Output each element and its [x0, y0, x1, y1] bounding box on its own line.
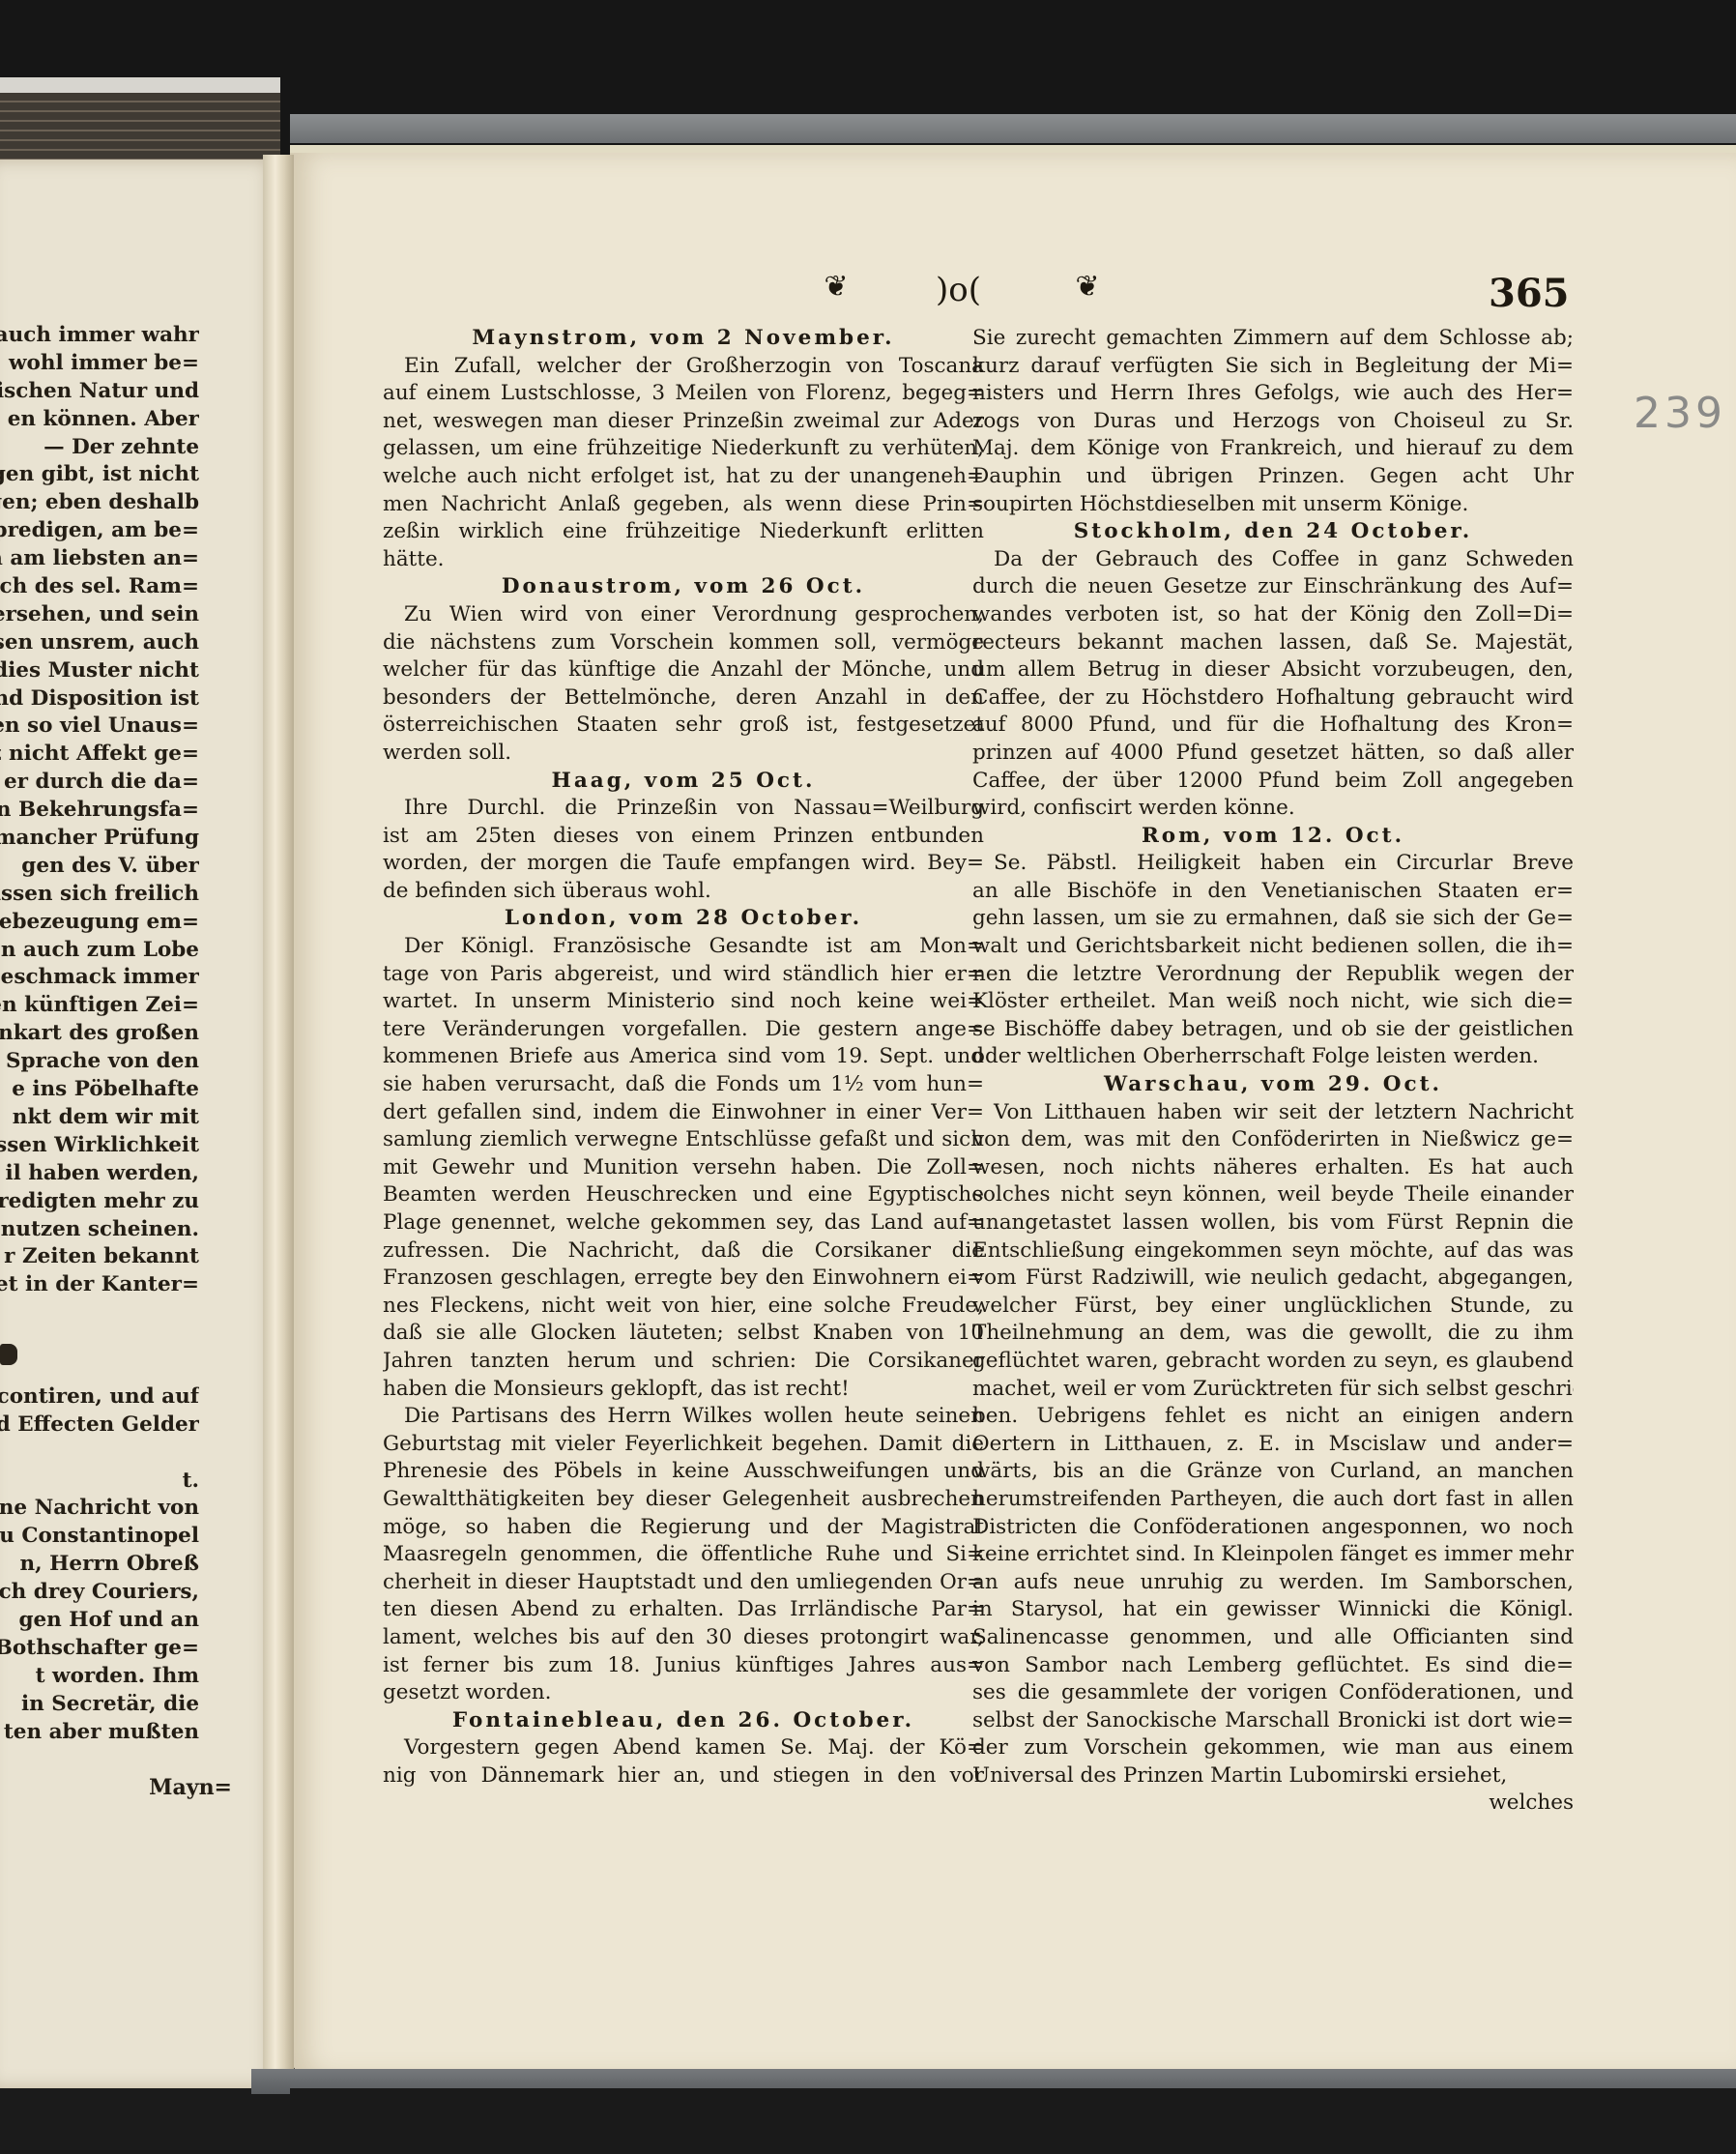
text-line: wandes verboten ist, so hat der König de…	[972, 601, 1574, 629]
text-line: um allem Betrug in dieser Absicht vorzub…	[972, 656, 1574, 684]
text-line: t worden. Ihm	[0, 1663, 199, 1691]
text-line: nutzen scheinen.	[0, 1216, 199, 1244]
text-line: auf 8000 Pfund, und für die Hofhaltung d…	[972, 712, 1574, 740]
book-gutter	[263, 155, 294, 2079]
text-line: nisters und Herrn Ihres Gefolgs, wie auc…	[972, 380, 1574, 408]
text-line: welcher Fürst, bey einer unglücklichen S…	[972, 1293, 1574, 1321]
text-line: selbst der Sanockische Marschall Bronick…	[972, 1707, 1574, 1735]
page-number: 365	[1489, 271, 1570, 316]
text-line: er durch die da=	[0, 769, 199, 797]
text-line: auch immer wahr	[0, 322, 199, 350]
text-line: Sprache von den	[0, 1048, 199, 1076]
text-line: an aufs neue unruhig zu werden. Im Sambo…	[972, 1569, 1574, 1597]
text-line: gen des V. über	[0, 853, 199, 881]
text-line: walt und Gerichtsbarkeit nicht bedienen …	[972, 933, 1574, 961]
text-line: rnkart des großen	[0, 1020, 199, 1048]
text-line: men Nachricht Anlaß gegeben, als wenn di…	[383, 491, 984, 519]
text-line: recteurs bekannt machen lassen, daß Se. …	[972, 629, 1574, 657]
shell-ornament-left-icon: ❦	[820, 273, 853, 302]
text-line: et in der Kanter=	[0, 1271, 199, 1299]
text-line: ssen unsrem, auch	[0, 629, 199, 657]
text-line: gen gibt, ist nicht	[0, 461, 199, 489]
text-line	[0, 1327, 199, 1355]
text-line: Die Partisans des Herrn Wilkes wollen he…	[383, 1403, 984, 1431]
text-line: Maasregeln genommen, die öffentliche Ruh…	[383, 1541, 984, 1569]
text-line: ischen Natur und	[0, 378, 199, 406]
text-line: Vorgestern gegen Abend kamen Se. Maj. de…	[383, 1734, 984, 1762]
text-line: in Starysol, hat ein gewisser Winnicki d…	[972, 1596, 1574, 1624]
text-line: den künftigen Zei=	[0, 992, 199, 1020]
shell-ornament-right-icon: ❦	[1071, 273, 1104, 302]
running-head-ornament: )o(	[936, 271, 981, 309]
section-ornament-icon	[0, 1344, 17, 1365]
article-dateline: Rom, vom 12. Oct.	[972, 823, 1574, 851]
text-line: dies Muster nicht	[0, 657, 199, 685]
text-line: lassen sich freilich	[0, 881, 199, 909]
text-line: welcher für das künftige die Anzahl der …	[383, 656, 984, 684]
article-dateline: Stockholm, den 24 October.	[972, 518, 1574, 546]
text-line: werden soll.	[383, 740, 984, 768]
text-line: n Bothschafter ge=	[0, 1635, 199, 1663]
text-line: gehn lassen, um sie zu ermahnen, daß sie…	[972, 905, 1574, 933]
text-line: il haben werden,	[0, 1160, 199, 1188]
text-line: in Bekehrungsfa=	[0, 797, 199, 825]
text-line: ten diesen Abend zu erhalten. Das Irrlän…	[383, 1596, 984, 1624]
left-page-catchword: Mayn=	[116, 1775, 232, 1800]
text-line: wesen, noch nichts näheres erhalten. Es …	[972, 1154, 1574, 1182]
text-line: cherheit in dieser Hauptstadt und den um…	[383, 1569, 984, 1597]
text-line: und Disposition ist	[0, 685, 199, 713]
article-dateline: Warschau, vom 29. Oct.	[972, 1071, 1574, 1099]
text-line: Geschmack immer	[0, 964, 199, 992]
text-line: Phrenesie des Pöbels in keine Ausschweif…	[383, 1458, 984, 1486]
dark-backdrop-bottom	[290, 2088, 1736, 2154]
text-line: von Sambor nach Lemberg geflüchtet. Es s…	[972, 1652, 1574, 1680]
text-line: Da der Gebrauch des Coffee in ganz Schwe…	[972, 546, 1574, 574]
text-line: keine errichtet sind. In Kleinpolen fäng…	[972, 1541, 1574, 1569]
text-line: se Bischöffe dabey betragen, und ob sie …	[972, 1016, 1574, 1044]
text-line: sich des sel. Ram=	[0, 573, 199, 601]
text-line: soupirten Höchstdieselben mit unserm Kön…	[972, 491, 1574, 519]
article-column-left: Maynstrom, vom 2 November.Ein Zufall, we…	[383, 325, 984, 1790]
text-line: der zum Vorschein gekommen, wie man aus …	[972, 1734, 1574, 1762]
text-line: ses die gesammlete der vorigen Confödera…	[972, 1679, 1574, 1707]
text-line: Sie zurecht gemachten Zimmern auf dem Sc…	[972, 325, 1574, 353]
text-line: geflüchtet waren, gebracht worden zu sey…	[972, 1348, 1574, 1376]
text-line: Salinencasse genommen, und alle Offician…	[972, 1624, 1574, 1652]
text-line: wärts, bis an die Gränze von Curland, an…	[972, 1458, 1574, 1486]
text-line: n, Herrn Obreß	[0, 1551, 199, 1579]
text-line: zu Constantinopel	[0, 1523, 199, 1551]
text-line: ist am 25ten dieses von einem Prinzen en…	[383, 823, 984, 851]
text-line: von dem, was mit den Conföderirten in Ni…	[972, 1126, 1574, 1154]
text-line: Entschließung eingekommen seyn möchte, a…	[972, 1237, 1574, 1266]
text-line: hätte.	[383, 546, 984, 574]
text-line: mancher Prüfung	[0, 825, 199, 853]
text-line	[0, 1440, 199, 1468]
text-line: Jahren tanzten herum und schrien: Die Co…	[383, 1348, 984, 1376]
text-line: sie haben verursacht, daß die Fonds um 1…	[383, 1071, 984, 1099]
article-dateline: London, vom 28 October.	[383, 905, 984, 933]
text-line: Uebezeugung em=	[0, 909, 199, 937]
text-line: ist ferner bis zum 18. Junius künftiges …	[383, 1652, 984, 1680]
text-line: gen; eben deshalb	[0, 489, 199, 517]
text-line: auf einem Lustschlosse, 3 Meilen von Flo…	[383, 380, 984, 408]
text-line: r Zeiten bekannt	[0, 1243, 199, 1271]
text-line: wohl immer be=	[0, 350, 199, 378]
text-line: h am liebsten an=	[0, 545, 199, 573]
text-line: — Der zehnte	[0, 434, 199, 462]
article-dateline: Fontainebleau, den 26. October.	[383, 1707, 984, 1735]
text-line: zogs von Duras und Herzogs von Choiseul …	[972, 408, 1574, 436]
text-line: die nächstens zum Vorschein kommen soll,…	[383, 629, 984, 657]
text-line: zeßin wirklich eine frühzeitige Niederku…	[383, 518, 984, 546]
text-line: Beamten werden Heuschrecken und eine Egy…	[383, 1181, 984, 1209]
text-line: kommenen Briefe aus America sind vom 19.…	[383, 1043, 984, 1071]
text-line: Zu Wien wird von einer Verordnung gespro…	[383, 601, 984, 629]
text-line: nen die letztre Verordnung der Republik …	[972, 961, 1574, 989]
text-line: Ein Zufall, welcher der Großherzogin von…	[383, 353, 984, 381]
text-line: mit Gewehr und Munition versehn haben. D…	[383, 1154, 984, 1182]
text-line: in Secretär, die	[0, 1691, 199, 1719]
text-line: ten aber mußten	[0, 1719, 199, 1747]
pencil-annotation: 239	[1634, 389, 1726, 438]
text-line: Oertern in Litthauen, z. E. in Mscislaw …	[972, 1431, 1574, 1459]
text-line: welche auch nicht erfolget ist, hat zu d…	[383, 463, 984, 491]
text-line: samlung ziemlich verwegne Entschlüsse ge…	[383, 1126, 984, 1154]
text-line: Gewaltthätigkeiten bey dieser Gelegenhei…	[383, 1486, 984, 1514]
text-line: Franzosen geschlagen, erregte bey den Ei…	[383, 1265, 984, 1293]
text-line: besonders der Bettelmönche, deren Anzahl…	[383, 684, 984, 713]
text-line: predigen, am be=	[0, 517, 199, 545]
text-line: nz nicht Affekt ge=	[0, 741, 199, 769]
binding-cloth-top	[290, 114, 1736, 143]
catchword: welches	[972, 1790, 1574, 1818]
text-line: en so viel Unaus=	[0, 713, 199, 741]
text-line: Ihre Durchl. die Prinzeßin von Nassau=We…	[383, 795, 984, 823]
text-line: an alle Bischöfe in den Venetianischen S…	[972, 878, 1574, 906]
text-line: österreichischen Staaten sehr groß ist, …	[383, 712, 984, 740]
article-column-right: Sie zurecht gemachten Zimmern auf dem Sc…	[972, 325, 1574, 1818]
text-line: ne Nachricht von	[0, 1495, 199, 1523]
text-line: prinzen auf 4000 Pfund gesetzet hätten, …	[972, 740, 1574, 768]
text-line: gelassen, um eine frühzeitige Niederkunf…	[383, 435, 984, 463]
text-line: Theilnehmung an dem, was die gewollt, di…	[972, 1320, 1574, 1348]
text-line: t.	[0, 1468, 199, 1496]
text-line: Caffee, der zu Höchstdero Hofhaltung geb…	[972, 684, 1574, 713]
text-line: ben. Uebrigens fehlet es nicht an einige…	[972, 1403, 1574, 1431]
text-line: durch die neuen Gesetze zur Einschränkun…	[972, 573, 1574, 601]
text-line: machet, weil er vom Zurücktreten für sic…	[972, 1376, 1574, 1404]
text-line: haben die Monsieurs geklopft, das ist re…	[383, 1376, 984, 1404]
text-line: net, weswegen man dieser Prinzeßin zweim…	[383, 408, 984, 436]
text-line: gesetzt worden.	[383, 1679, 984, 1707]
text-line: contiren, und auf	[0, 1383, 199, 1412]
text-line: nes Fleckens, nicht weit von hier, eine …	[383, 1293, 984, 1321]
article-dateline: Donaustrom, vom 26 Oct.	[383, 573, 984, 601]
text-line: unangetastet lassen wollen, bis vom Fürs…	[972, 1209, 1574, 1237]
text-line: en können. Aber	[0, 406, 199, 434]
text-line: gen Hof und an	[0, 1607, 199, 1635]
text-line: de befinden sich überaus wohl.	[383, 878, 984, 906]
text-line: Geburtstag mit vieler Feyerlichkeit bege…	[383, 1431, 984, 1459]
text-line: Caffee, der über 12000 Pfund beim Zoll a…	[972, 768, 1574, 796]
text-line: kurz darauf verfügten Sie sich in Beglei…	[972, 353, 1574, 381]
text-line: Plage genennet, welche gekommen sey, das…	[383, 1209, 984, 1237]
text-line: Klöster ertheilet. Man weiß noch nicht, …	[972, 988, 1574, 1016]
text-line: Von Litthauen haben wir seit der letzter…	[972, 1099, 1574, 1127]
text-line: ch drey Couriers,	[0, 1579, 199, 1607]
text-line: nig von Dännemark hier an, und stiegen i…	[383, 1762, 984, 1790]
text-line: tage von Paris abgereist, und wird ständ…	[383, 961, 984, 989]
article-dateline: Haag, vom 25 Oct.	[383, 768, 984, 796]
text-line: vom Fürst Radziwill, wie neulich gedacht…	[972, 1265, 1574, 1293]
text-line: Dauphin und übrigen Prinzen. Gegen acht …	[972, 463, 1574, 491]
text-line: daß sie alle Glocken läuteten; selbst Kn…	[383, 1320, 984, 1348]
text-line: herumstreifenden Partheyen, die auch dor…	[972, 1486, 1574, 1514]
text-line: tere Veränderungen vorgefallen. Die gest…	[383, 1016, 984, 1044]
text-line: Der Königl. Französische Gesandte ist am…	[383, 933, 984, 961]
text-line: zufressen. Die Nachricht, daß die Corsik…	[383, 1237, 984, 1266]
text-line: Districten die Conföderationen angesponn…	[972, 1514, 1574, 1542]
text-line: essen Wirklichkeit	[0, 1132, 199, 1160]
left-page-text-fragment: auch immer wahrwohl immer be=ischen Natu…	[0, 322, 199, 1746]
article-dateline: Maynstrom, vom 2 November.	[383, 325, 984, 353]
text-line	[0, 1299, 199, 1327]
text-line: Se. Päbstl. Heiligkeit haben ein Circurl…	[972, 850, 1574, 878]
text-line: e ins Pöbelhafte	[0, 1076, 199, 1104]
text-line: möge, so haben die Regierung und der Mag…	[383, 1514, 984, 1542]
text-line: nkt dem wir mit	[0, 1104, 199, 1132]
text-line: n auch zum Lobe	[0, 937, 199, 965]
text-line	[0, 1355, 199, 1383]
text-line: lament, welches bis auf den 30 dieses pr…	[383, 1624, 984, 1652]
text-line: oder weltlichen Oberherrschaft Folge lei…	[972, 1043, 1574, 1071]
text-line: Maj. dem Könige von Frankreich, und hier…	[972, 435, 1574, 463]
text-line: worden, der morgen die Taufe empfangen w…	[383, 850, 984, 878]
text-line: redigten mehr zu	[0, 1188, 199, 1216]
text-line: d Effecten Gelder	[0, 1412, 199, 1440]
text-line: ersehen, und sein	[0, 601, 199, 629]
text-line: Universal des Prinzen Martin Lubomirski …	[972, 1762, 1574, 1790]
text-line: wartet. In unserm Ministerio sind noch k…	[383, 988, 984, 1016]
text-line: solches nicht seyn können, weil beyde Th…	[972, 1181, 1574, 1209]
text-line: wird, confiscirt werden könne.	[972, 795, 1574, 823]
text-line: dert gefallen sind, indem die Einwohner …	[383, 1099, 984, 1127]
